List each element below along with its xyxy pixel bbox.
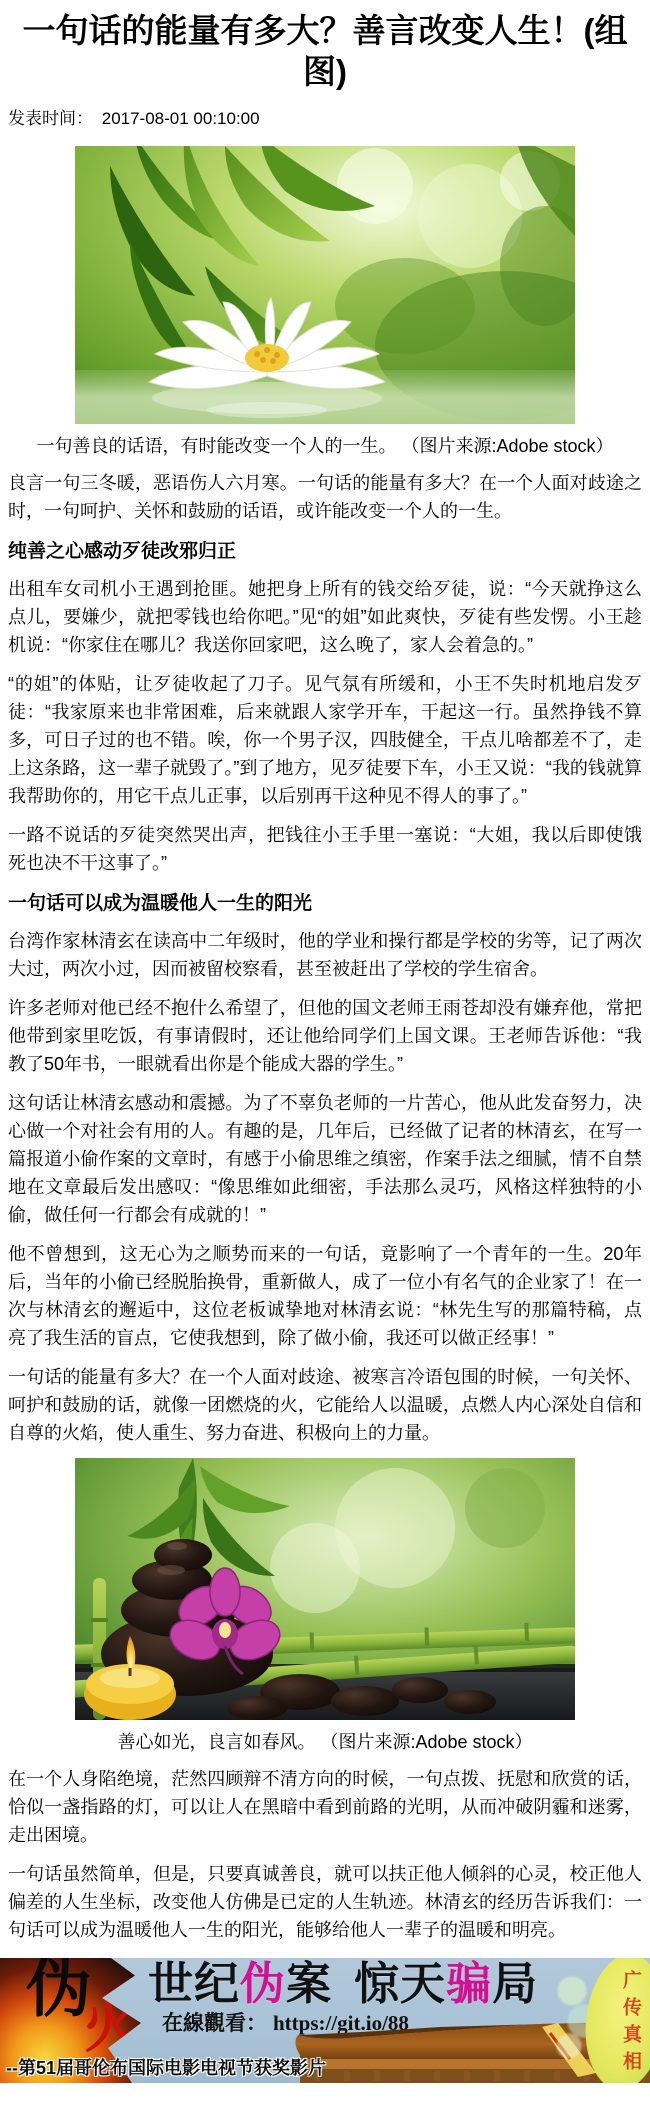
section3-paragraph-2: 一句话虽然简单，但是，只要真诚善良，就可以扶正他人倾斜的心灵，校正他人偏差的人生…	[8, 1860, 642, 1944]
section1-heading: 纯善之心感动歹徒改邪归正	[8, 540, 642, 564]
section2-paragraph-4: 他不曾想到，这无心为之顺势而来的一句话，竟影响了一个青年的一生。20年后，当年的…	[8, 1240, 642, 1352]
ad-headline-seg3: 案	[286, 1958, 332, 2009]
photo-zen-stones	[75, 1458, 575, 1720]
section2-paragraph-5: 一句话的能量有多大？在一个人面对歧途、被寒言冷语包围的时候，一句关怀、呵护和鼓励…	[8, 1363, 642, 1447]
photo-bamboo-lily	[75, 146, 575, 424]
ad-headline: 世纪伪案惊天骗局	[148, 1958, 538, 2010]
section2-paragraph-3: 这句话让林清玄感动和震撼。为了不辜负老师的一片苦心，他从此发奋努力，决心做一个对…	[8, 1089, 642, 1229]
figure1-caption: 一句善良的话语，有时能改变一个人的一生。 （图片来源:Adobe stock）	[8, 434, 642, 458]
ad-side-slogan: 广传真相	[618, 1970, 642, 2078]
figure-bamboo-lily: 一句善良的话语，有时能改变一个人的一生。 （图片来源:Adobe stock）	[8, 146, 642, 458]
publish-date-value: 2017-08-01 00:10:00	[102, 109, 260, 128]
ad-award-line: --第51届哥伦布国际电影电视节获奖影片	[6, 2054, 326, 2080]
article-page: 一句话的能量有多大？善言改变人生！(组图) 发表时间： 2017-08-01 0…	[0, 0, 650, 2115]
figure2-caption: 善心如光，良言如春风。 （图片来源:Adobe stock）	[8, 1730, 642, 1754]
ad-fire-char-huo: 火	[79, 1993, 143, 2057]
article-body: 一句话的能量有多大？善言改变人生！(组图) 发表时间： 2017-08-01 0…	[0, 10, 650, 1944]
section1-paragraph-2: “的姐”的体贴，让歹徒收起了刀子。见气氛有所缓和，小王不失时机地启发歹徒：“我家…	[8, 670, 642, 810]
ad-headline-seg4: 惊天	[354, 1958, 446, 2009]
article-title: 一句话的能量有多大？善言改变人生！(组图)	[22, 10, 628, 92]
bottom-whitespace	[0, 2083, 650, 2115]
paragraph-intro: 良言一句三冬暖，恶语伤人六月寒。一句话的能量有多大？在一个人面对歧途之时，一句呵…	[8, 469, 642, 525]
section1-paragraph-1: 出租车女司机小王遇到抢匪。她把身上所有的钱交给歹徒，说：“今天就挣这么点儿，要嫌…	[8, 575, 642, 659]
ad-headline-seg6: 局	[492, 1958, 538, 2009]
ad-headline-seg5: 骗	[446, 1958, 492, 2009]
section2-heading: 一句话可以成为温暖他人一生的阳光	[8, 892, 642, 916]
figure-zen-stones: 善心如光，良言如春风。 （图片来源:Adobe stock）	[8, 1458, 642, 1754]
publish-date-label: 发表时间：	[8, 109, 93, 128]
section3-paragraph-1: 在一个人身陷绝境，茫然四顾辩不清方向的时候，一句点拨、抚慰和欣赏的话，恰似一盏指…	[8, 1765, 642, 1849]
ad-watch-label: 在線觀看：	[162, 2012, 267, 2035]
section2-paragraph-2: 许多老师对他已经不抱什么希望了，但他的国文老师王雨苍却没有嫌弃他，常把他带到家里…	[8, 994, 642, 1078]
section2-paragraph-1: 台湾作家林清玄在读高中二年级时，他的学业和操行都是学校的劣等，记了两次大过，两次…	[8, 927, 642, 983]
publish-date-row: 发表时间： 2017-08-01 00:10:00	[8, 108, 642, 130]
ad-headline-seg2: 伪	[240, 1958, 286, 2009]
section1-paragraph-3: 一路不说话的歹徒突然哭出声，把钱往小王手里一塞说：“大姐，我以后即使饿死也决不干…	[8, 821, 642, 877]
ad-headline-seg1: 世纪	[148, 1958, 240, 2009]
